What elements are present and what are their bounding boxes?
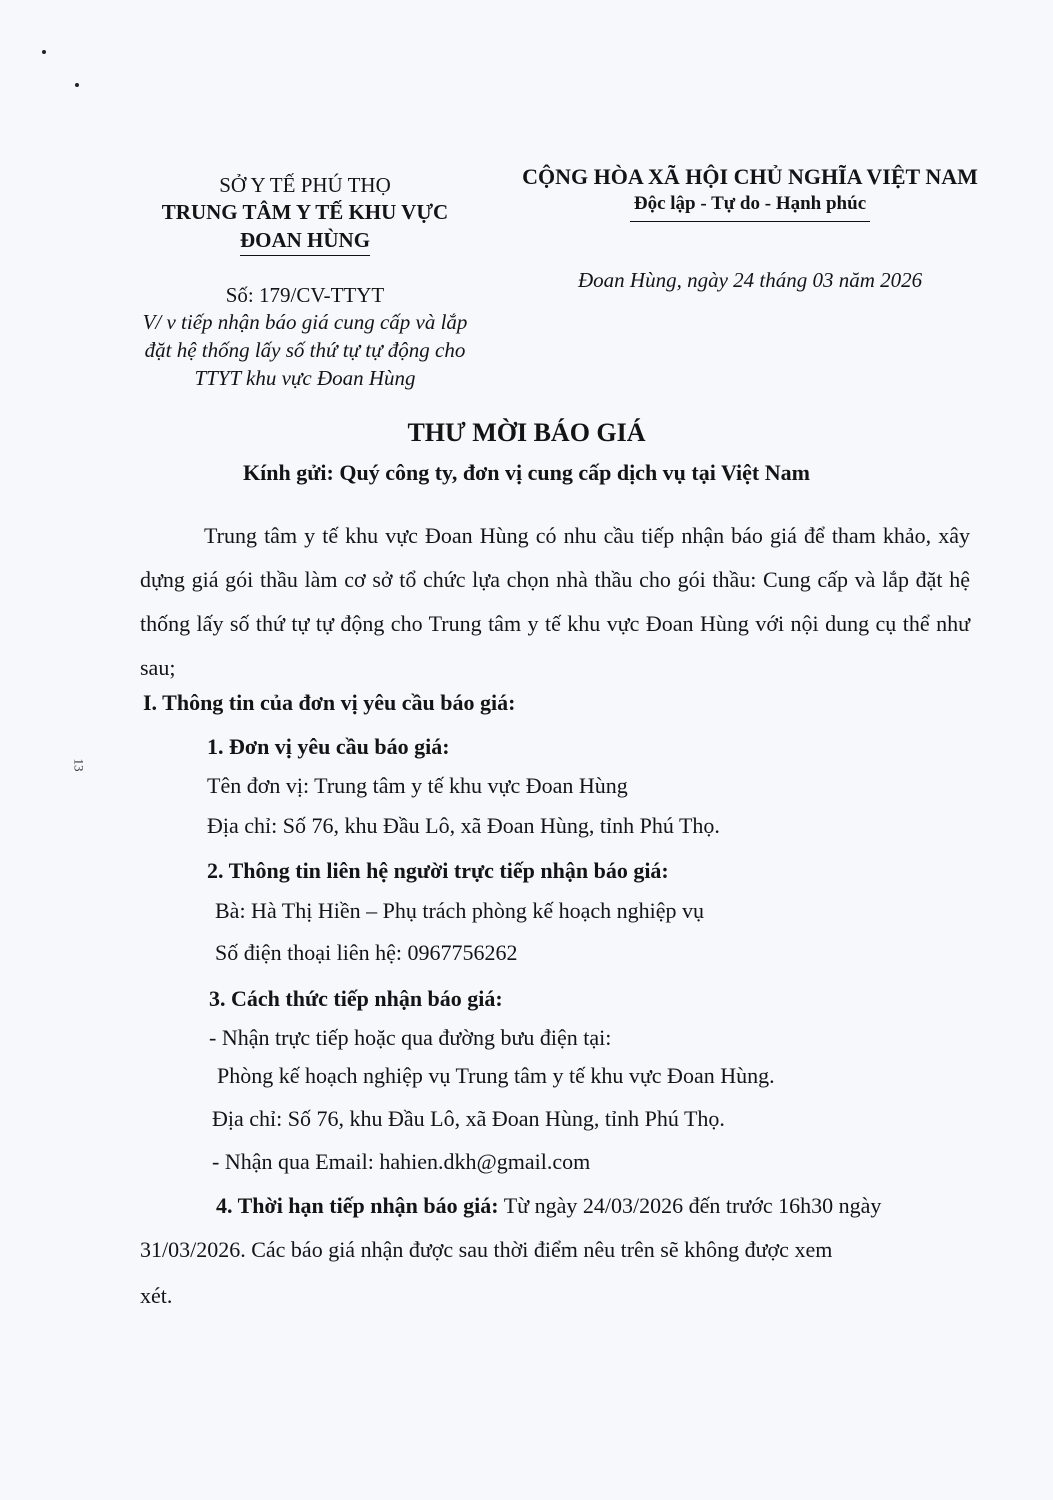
subsection-heading: 1. Đơn vị yêu cầu báo giá:	[207, 734, 450, 760]
document-title: THƯ MỜI BÁO GIÁ	[0, 418, 1053, 448]
email-method: - Nhận qua Email: hahien.dkh@gmail.com	[212, 1149, 590, 1175]
recipient-line: Kính gửi: Quý công ty, đơn vị cung cấp d…	[0, 460, 1053, 486]
document-number: Số: 179/CV-TTYT	[140, 282, 470, 308]
margin-page-mark: 13	[71, 759, 87, 772]
subsection-heading: 2. Thông tin liên hệ người trực tiếp nhậ…	[207, 858, 669, 884]
subsection-heading: 4. Thời hạn tiếp nhận báo giá:	[216, 1193, 499, 1218]
subject-line: đặt hệ thống lấy số thứ tự tự động cho	[140, 336, 470, 364]
delivery-office: Phòng kế hoạch nghiệp vụ Trung tâm y tế …	[217, 1063, 775, 1089]
organization-name: TRUNG TÂM Y TẾ KHU VỰC	[140, 198, 470, 226]
unit-name: Tên đơn vị: Trung tâm y tế khu vực Đoan …	[207, 773, 628, 799]
department-name: SỞ Y TẾ PHÚ THỌ	[140, 172, 470, 198]
deadline-line: 4. Thời hạn tiếp nhận báo giá: Từ ngày 2…	[216, 1193, 881, 1219]
intro-paragraph: Trung tâm y tế khu vực Đoan Hùng có nhu …	[140, 514, 970, 690]
contact-phone: Số điện thoại liên hệ: 0967756262	[215, 940, 517, 966]
organization-location: ĐOAN HÙNG	[240, 226, 370, 256]
national-motto: Độc lập - Tự do - Hạnh phúc	[630, 192, 870, 222]
deadline-text: 31/03/2026. Các báo giá nhận được sau th…	[140, 1237, 832, 1263]
national-header: CỘNG HÒA XÃ HỘI CHỦ NGHĨA VIỆT NAM Độc l…	[505, 162, 995, 222]
date-place: Đoan Hùng, ngày 24 tháng 03 năm 2026	[578, 268, 922, 293]
deadline-text: Từ ngày 24/03/2026 đến trước 16h30 ngày	[499, 1193, 882, 1218]
subject-line: TTYT khu vực Đoan Hùng	[140, 364, 470, 392]
issuer-block: SỞ Y TẾ PHÚ THỌ TRUNG TÂM Y TẾ KHU VỰC Đ…	[140, 172, 470, 392]
delivery-address: Địa chỉ: Số 76, khu Đầu Lô, xã Đoan Hùng…	[212, 1106, 725, 1132]
delivery-method: - Nhận trực tiếp hoặc qua đường bưu điện…	[209, 1025, 611, 1051]
contact-person: Bà: Hà Thị Hiền – Phụ trách phòng kế hoạ…	[215, 898, 704, 924]
subsection-heading: 3. Cách thức tiếp nhận báo giá:	[209, 986, 503, 1012]
subject-line: V/ v tiếp nhận báo giá cung cấp và lắp	[140, 308, 470, 336]
section-heading: I. Thông tin của đơn vị yêu cầu báo giá:	[143, 690, 515, 716]
deadline-text: xét.	[140, 1283, 172, 1309]
unit-address: Địa chỉ: Số 76, khu Đầu Lô, xã Đoan Hùng…	[207, 813, 720, 839]
punch-hole-mark	[75, 83, 79, 87]
punch-hole-mark	[42, 50, 46, 54]
intro-text: Trung tâm y tế khu vực Đoan Hùng có nhu …	[140, 523, 970, 680]
nation-title: CỘNG HÒA XÃ HỘI CHỦ NGHĨA VIỆT NAM	[505, 162, 995, 192]
